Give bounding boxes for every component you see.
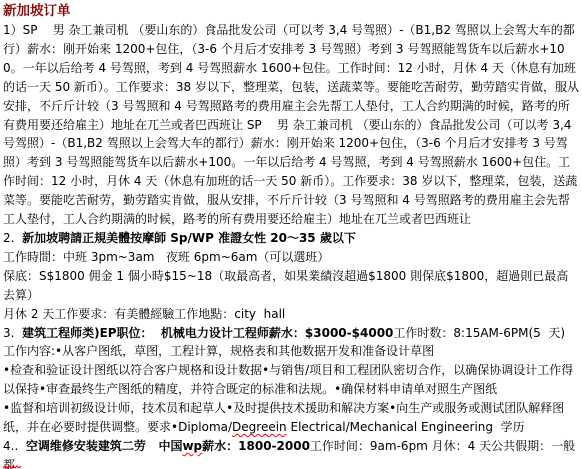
order-3-duty-2: •检查和验证设计图纸以符合客户规格和设计数据•与销售/项目和工程团队密切合作，以… bbox=[3, 361, 579, 399]
misspelled-word-degreein: Degreein bbox=[232, 420, 287, 434]
order-4-number: 4.. bbox=[3, 439, 26, 453]
document-title: 新加坡订单 bbox=[3, 2, 579, 21]
order-3-heading-text: 建筑工程师类)EP职位： 机械电力设计工程师薪水：$3000-$4000 bbox=[22, 326, 393, 340]
order-4-line: 4.. 空调维修安装建筑二劳 中国wp薪水：1800-2000工作时间：9am-… bbox=[3, 437, 579, 469]
order-2-work-hours: 工作時間：中班 3pm~3am 夜班 6pm~6am（可以選班） bbox=[3, 248, 579, 267]
order-2-rest-and-location: 月休 2 天工作要求：有美體經驗工作地點：city hall bbox=[3, 305, 579, 324]
order-1-description: 1）SP 男 杂工兼司机 （要山东的）食品批发公司（可以考 3,4 号驾照）-（… bbox=[3, 21, 579, 229]
order-3-duty-1: 工作内容:•从客户图纸，草图，工程计算，规格表和其他数据开发和准备设计草图 bbox=[3, 342, 579, 361]
order-3-number: 3. bbox=[3, 326, 22, 340]
misspelled-word-wp: wp bbox=[182, 439, 202, 453]
document-page: 新加坡订单 1）SP 男 杂工兼司机 （要山东的）食品批发公司（可以考 3,4 … bbox=[0, 0, 581, 469]
order-2-heading-text: 新加坡聘請正規美體按摩師 Sp/WP 准證女性 20～35 歲以下 bbox=[22, 231, 356, 245]
order-2-base-pay: 保底：S$1800 佣金 1 個小時$15~18（取最高者，如果業績沒超過$18… bbox=[3, 267, 579, 305]
spellcheck-squiggle-fragment bbox=[3, 465, 21, 469]
order-2-number: 2. bbox=[3, 231, 22, 245]
order-2-heading: 2. 新加坡聘請正規美體按摩師 Sp/WP 准證女性 20～35 歲以下 bbox=[3, 229, 579, 248]
order-3-duty-3: •监督和培训初级设计师，技术员和起草人•及时提供技术援助和解决方案•向生产或服务… bbox=[3, 399, 579, 437]
order-4-title-text: 空调维修安装建筑二劳 中国 bbox=[26, 439, 183, 453]
order-3-heading: 3. 建筑工程师类)EP职位： 机械电力设计工程师薪水：$3000-$4000工… bbox=[3, 324, 579, 343]
order-3-hours-text: 工作时数：8:15AM-6PM(5 天) bbox=[393, 326, 565, 340]
order-4-salary-text: 薪水：1800-2000 bbox=[202, 439, 310, 453]
order-3-qualification-text: Electrical/Mechanical Engineering 学历 bbox=[287, 420, 525, 434]
